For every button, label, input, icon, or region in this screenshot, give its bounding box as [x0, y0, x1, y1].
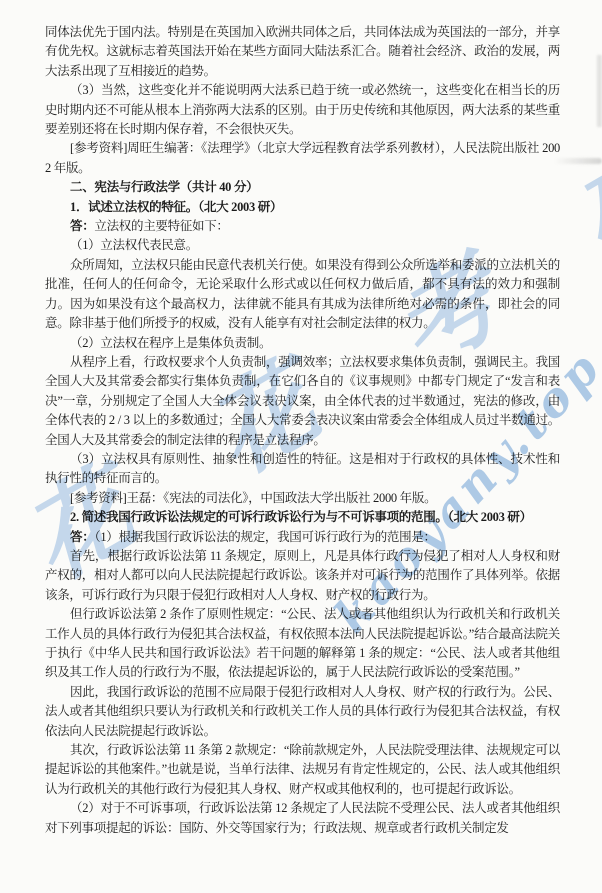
- question-2-heading: 2. 简述我国行政诉讼法规定的可诉行政诉讼行为与不可诉事项的范围。（北大 200…: [45, 508, 560, 527]
- answer-2-article11-clause2-body: 其次，行政诉讼法第 11 条第 2 款规定：“除前款规定外，人民法院受理法律、法…: [45, 741, 560, 799]
- reference-note-constitution: [参考资料]王磊：《宪法的司法化》，中国政法大学出版社 2000 年版。: [45, 489, 560, 508]
- paragraph-point3-convergence: （3）当然，这些变化并不能说明两大法系已趋于统一或必然统一，这些变化在相当长的历…: [45, 81, 560, 139]
- answer-1-point1-body: 众所周知，立法权只能由民意代表机关行使。如果没有得到公众所选举和委派的立法机关的…: [45, 256, 560, 334]
- answer-1-label: 答：: [70, 219, 94, 233]
- section-heading-constitutional-admin-law: 二、宪法与行政法学（共计 40 分）: [45, 178, 560, 197]
- answer-1-point2-heading: （2）立法权在程序上是集体负责制。: [45, 334, 560, 353]
- answer-2-article2-body: 但行政诉讼法第 2 条作了原则性规定：“公民、法人或者其他组织认为行政机关和行政…: [45, 605, 560, 683]
- answer-2-label: 答：: [70, 530, 94, 544]
- answer-2-intro-text: （1）根据我国行政诉讼法的规定，我国可诉行政行为的范围是：: [94, 530, 435, 544]
- answer-2-conclusion-body: 因此，我国行政诉讼的范围不应局限于侵犯行政相对人人身权、财产权的行政行为。公民、…: [45, 683, 560, 741]
- answer-1-point3-body: （3）立法权具有原则性、抽象性和创造性的特征。这是相对于行政权的具体性、技术性和…: [45, 450, 560, 489]
- page-content: 同体法优先于国内法。特别是在英国加入欧洲共同体之后，共同体法成为英国法的一部分，…: [45, 23, 560, 838]
- scan-edge-artifact: [597, 55, 602, 127]
- answer-1-point1-heading: （1）立法权代表民意。: [45, 236, 560, 255]
- paragraph-common-law-continuation: 同体法优先于国内法。特别是在英国加入欧洲共同体之后，共同体法成为英国法的一部分，…: [45, 23, 560, 81]
- answer-1-intro: 答：立法权的主要特征如下：: [45, 217, 560, 236]
- reference-note-jurisprudence: [参考资料]周旺生编著：《法理学》（北京大学远程教育法学系列教材），人民法院出版…: [45, 139, 560, 178]
- answer-2-nonactionable-body: （2）对于不可诉事项，行政诉讼法第 12 条规定了人民法院不受理公民、法人或者其…: [45, 799, 560, 838]
- answer-2-intro: 答：（1）根据我国行政诉讼法的规定，我国可诉行政行为的范围是：: [45, 528, 560, 547]
- scanned-document-page: 同体法优先于国内法。特别是在英国加入欧洲共同体之后，共同体法成为英国法的一部分，…: [0, 0, 602, 893]
- answer-1-intro-text: 立法权的主要特征如下：: [94, 219, 228, 233]
- question-1-heading: 1．试述立法权的特征。（北大 2003 研）: [45, 198, 560, 217]
- answer-1-point2-body: 从程序上看，行政权要求个人负责制，强调效率；立法权要求集体负责制，强调民主。我国…: [45, 353, 560, 450]
- answer-2-article11-body: 首先，根据行政诉讼法第 11 条规定，原则上，凡是具体行政行为侵犯了相对人人身权…: [45, 547, 560, 605]
- scan-streak-artifact: [554, 158, 602, 164]
